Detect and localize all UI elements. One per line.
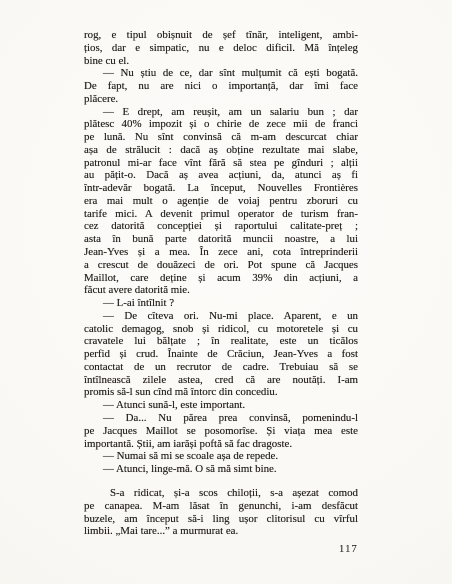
text-line: — Numai să mi se scoale așa de repede. [84, 450, 358, 463]
text-line: contactat de un recrutor de cadre. Trebu… [84, 361, 358, 374]
text-line: — Nu știu de ce, dar sînt mulțumit că eș… [84, 67, 358, 80]
text-line: întîlnească zilele astea, cred că are no… [84, 374, 358, 387]
text-line: patronul mi-ar face vînt fără să stea pe… [84, 157, 358, 170]
text-line: Jean-Yves și a mea. În zece ani, cota în… [84, 246, 358, 259]
paragraph: S-a ridicat, și-a scos chiloții, s-a așe… [84, 487, 358, 538]
text-line: — E drept, am reușit, am un salariu bun … [84, 106, 358, 119]
text-line: plăcere. [84, 93, 358, 106]
text-line: pe canapea. M-am lăsat în genunchi, i-am… [84, 500, 358, 513]
text-line: S-a ridicat, și-a scos chiloții, s-a așe… [84, 487, 358, 500]
text-line: De fapt, nu are nici o importanță, dar î… [84, 80, 358, 93]
text-line: — De cîteva ori. Nu-mi place. Aparent, e… [84, 310, 358, 323]
paragraph: rog, e tipul obișnuit de șef tînăr, inte… [84, 29, 358, 67]
paragraph: — E drept, am reușit, am un salariu bun … [84, 106, 358, 297]
text-line: Maillot, care deține și acum 39% din acț… [84, 272, 358, 285]
text-block: rog, e tipul obișnuit de șef tînăr, inte… [84, 29, 358, 538]
text-line: — Da... Nu părea prea convinsă, pomenind… [84, 412, 358, 425]
paragraph: — Atunci, linge-mă. O să mă simt bine. [84, 463, 358, 476]
text-line: perfid și crud. Înainte de Crăciun, Jean… [84, 348, 358, 361]
text-line: așa de strălucit : dacă aș obține rezult… [84, 144, 358, 157]
text-line: a crescut de douăzeci de ori. Pot spune … [84, 259, 358, 272]
text-line: bine cu el. [84, 55, 358, 68]
text-line: cez datorită concepției și raportului ca… [84, 220, 358, 233]
paragraph: — Nu știu de ce, dar sînt mulțumit că eș… [84, 67, 358, 105]
text-line: într-adevăr bogată. La început, Nouvelle… [84, 182, 358, 195]
text-line: pe lună. Nu sînt convinsă că m-am descur… [84, 131, 358, 144]
text-line: limbii. „Mai tare...” a murmurat ea. [84, 525, 358, 538]
paragraph: — Numai să mi se scoale așa de repede. [84, 450, 358, 463]
paragraph: — Atunci sună-l, este important. [84, 399, 358, 412]
text-line: — L-ai întîlnit ? [84, 297, 358, 310]
book-page: { "colors": { "paper": "#faf8f4", "ink":… [0, 0, 452, 584]
text-line: era mai mult o agenție de voiaj pentru z… [84, 195, 358, 208]
text-line: — Atunci sună-l, este important. [84, 399, 358, 412]
page-number: 117 [339, 544, 358, 555]
text-line: țios, dar e simpatic, nu e deloc dificil… [84, 42, 358, 55]
text-line: buzele, am început să-i ling ușor clitor… [84, 513, 358, 526]
text-line: cravatele lui bălțate ; în realitate, es… [84, 335, 358, 348]
text-line: tarife mici. A devenit primul operator d… [84, 208, 358, 221]
text-line: asta în bună parte datorită muncii noast… [84, 233, 358, 246]
text-line: rog, e tipul obișnuit de șef tînăr, inte… [84, 29, 358, 42]
paragraph: — De cîteva ori. Nu-mi place. Aparent, e… [84, 310, 358, 399]
text-line: au pățit-o. Dacă aș avea acțiuni, da, at… [84, 169, 358, 182]
text-line: importantă. Știi, am iarăși poftă să fac… [84, 438, 358, 451]
text-line: pe Jacques Maillot se posomorîse. Și via… [84, 425, 358, 438]
text-line: promis să-l sun cînd mă întorc din conce… [84, 386, 358, 399]
text-line: plătesc 40% impozit și o chirie de zece … [84, 118, 358, 131]
text-line: făcut avere datorită mie. [84, 284, 358, 297]
text-line: — Atunci, linge-mă. O să mă simt bine. [84, 463, 358, 476]
paragraph: — L-ai întîlnit ? [84, 297, 358, 310]
text-line: catolic demagog, snob și ridicol, cu mot… [84, 323, 358, 336]
paragraph: — Da... Nu părea prea convinsă, pomenind… [84, 412, 358, 450]
